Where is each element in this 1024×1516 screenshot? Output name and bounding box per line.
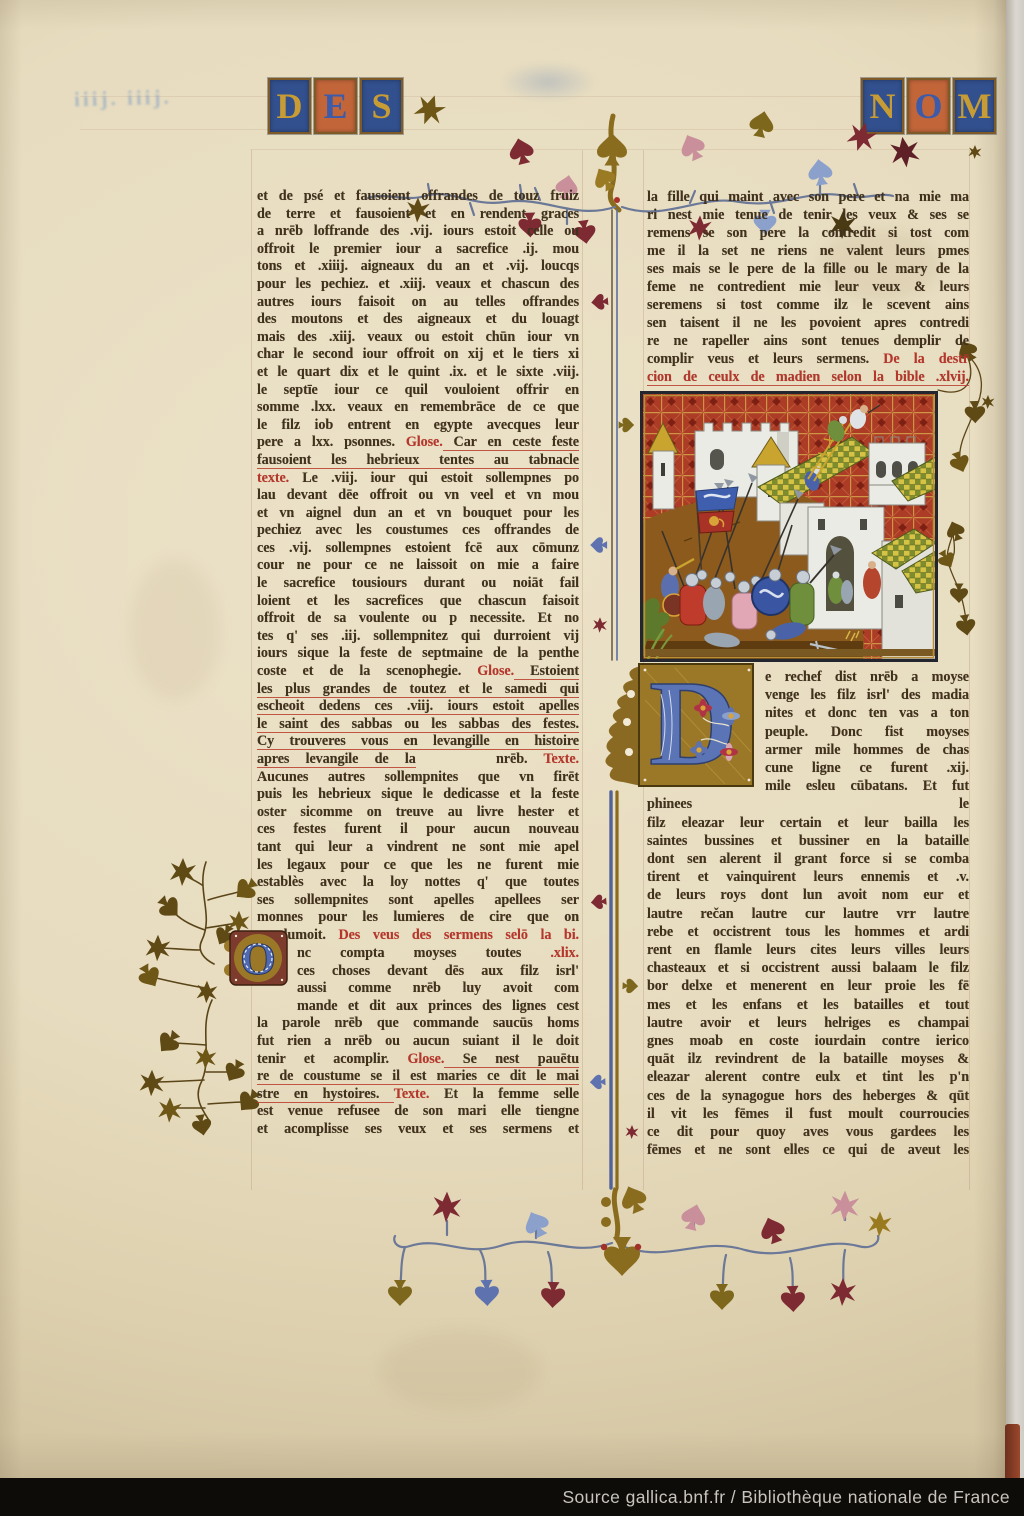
ruling-line (80, 129, 970, 130)
manuscript-text-line: feme ne contredient mie leur veux & leur… (647, 278, 969, 296)
text-column-1-upper: et de psé et fausoient offrandes de touz… (257, 188, 579, 945)
manuscript-text-line: escheoit dedens ces .viij. iours estoit … (257, 698, 579, 716)
header-letter: E (314, 78, 357, 134)
manuscript-text-line: le saint des sabbas ou les sabbas des fe… (257, 716, 579, 734)
manuscript-text-line: tes q' ses .iij. sollempnitez qui durroi… (257, 628, 579, 646)
manuscript-text-line: tenir et acomplir. Glose. Se nest pauētu (257, 1051, 579, 1069)
manuscript-text-line: le septīe iour ce quil vouloient offrir … (257, 382, 579, 400)
manuscript-text-line: filz eleazar leur certain et leur bailla… (647, 814, 969, 832)
left-margin-leaves (134, 858, 264, 1137)
manuscript-text-line: re de coustume se il est maries ce dit l… (257, 1068, 579, 1086)
manuscript-text-line: offroit de sa voulente ou p necessite. E… (257, 610, 579, 628)
manuscript-text-line: aussi comme nrēb luy avoit com (257, 980, 579, 998)
ruling-line (251, 150, 252, 1190)
manuscript-text-line: eleazar alerent contre eulx et tint les … (647, 1068, 969, 1086)
manuscript-text-line: ce dit pour quoy aves vous gardees les (647, 1123, 969, 1141)
manuscript-text-line: cour ne pour ce ne laissoit on mie a fai… (257, 557, 579, 575)
manuscript-text-line: rebe et occistrent tous les hommes et ar… (647, 923, 969, 941)
manuscript-text-line: et acomplisse ses veux et ses sermens et (257, 1121, 579, 1139)
manuscript-text-line: y alumoit. Des veus des sermens selō la … (257, 927, 579, 945)
manuscript-text-line: oster sicomme on treuve au livre hester … (257, 804, 579, 822)
manuscript-text-line: tant qui leur a vindrent ne sont mie ape… (257, 839, 579, 857)
manuscript-text-line: complir veus et leurs sermens. De la des… (647, 350, 969, 368)
manuscript-text-line: ces choses devant dēs aux filz isrl' (257, 963, 579, 981)
illuminated-initial-large: D (605, 660, 757, 794)
manuscript-text-line: ses mais se le pere de la fille ou le ma… (647, 260, 969, 278)
manuscript-text-line: remens se son pere la contredit si tost … (647, 224, 969, 242)
text-column-1-lower: nc compta moyses toutes .xlix.ces choses… (257, 945, 579, 1139)
manuscript-text-line: char le second iour offroit on xij et le… (257, 346, 579, 364)
manuscript-text-line: tirent et vainquirent leurs ennemis et .… (647, 868, 969, 886)
manuscript-text-line: les plus grandes de toutez et le samedi … (257, 681, 579, 699)
manuscript-text-line: ces festes furent il pour aucun nouveau (257, 821, 579, 839)
miniature-battle-before-city (640, 391, 938, 662)
initial-letter: D (649, 660, 737, 791)
text-column-2-upper: la fille qui maint avec son pere et na m… (647, 188, 969, 386)
binding-edge (1005, 1424, 1020, 1480)
manuscript-text-line: cion de ceulx de madien selon la bible .… (647, 368, 969, 386)
header-letter: D (268, 78, 311, 134)
manuscript-text-line: seremens si tost comme ilz le scevent ai… (647, 296, 969, 314)
manuscript-text-line: lau devant dēe offroit ou vn veel et vn … (257, 487, 579, 505)
header-letter: M (953, 78, 996, 134)
manuscript-text-line: le filz iob entrent en egypte avecques l… (257, 417, 579, 435)
manuscript-text-line: il vit les fēmes il fust moult courrouci… (647, 1105, 969, 1123)
manuscript-text-line: coste et de la scenophegie. Glose. Estoi… (257, 663, 579, 681)
manuscript-text-line: texte. Le .viij. iour qui estoit sollemp… (257, 470, 579, 488)
gutter-stem (589, 116, 638, 1188)
right-margin-ivy (938, 354, 981, 624)
left-margin-ivy (152, 862, 246, 1122)
bottom-ivy-spray (394, 1208, 878, 1294)
manuscript-text-line: sen taisent il ne les povoient apres con… (647, 314, 969, 332)
manuscript-text-line: et de psé et fausoient offrandes de touz… (257, 188, 579, 206)
manuscript-text-line: ri nest mie tenue de tenir les veux & se… (647, 206, 969, 224)
manuscript-text-line: establès avec la loy nottes q' que toute… (257, 874, 579, 892)
manuscript-text-line: bor delxe et menerent en leur proie les … (647, 977, 969, 995)
header-letter: O (907, 78, 950, 134)
bottom-ivy-leaves (388, 1182, 892, 1313)
manuscript-text-line: mande et dit aux princes des lignes cest (257, 998, 579, 1016)
ink-bleedthrough (500, 62, 596, 102)
source-attribution-text: Source gallica.bnf.fr / Bibliothèque nat… (562, 1487, 1010, 1507)
manuscript-text-line: chasteaux et si occistrent aussi balaam … (647, 959, 969, 977)
page-edge (1006, 0, 1024, 1478)
ruling-line (969, 150, 970, 1190)
manuscript-text-line: pere a lxx. psonnes. Glose. Car en ceste… (257, 434, 579, 452)
manuscript-text-line: quāt ilz revindrent de la bataille moyse… (647, 1050, 969, 1068)
manuscript-text-line: autres iours faisoit on au telles offran… (257, 294, 579, 312)
manuscript-text-line: Aucunes autres sollempnites que vn firēt (257, 769, 579, 787)
manuscript-text-line: ses sollempnites sont apelles apellees s… (257, 892, 579, 910)
manuscript-text-line: pechiez avec les coustumes ces offrandes… (257, 522, 579, 540)
manuscript-text-line: et le quart dix et le quint .ix. et le s… (257, 364, 579, 382)
manuscript-text-line: tons et .xiiij. aigneaux du an et .vij. … (257, 258, 579, 276)
manuscript-text-line: mais des .xiij. veaux ou estoit chūn iou… (257, 329, 579, 347)
manuscript-text-line: pour les pechiez. et .xiij. veaux et cha… (257, 276, 579, 294)
manuscript-text-line: apres levangile de la nrēb. Texte. (257, 751, 579, 769)
folio-number-faint: iiij. iiij. (74, 85, 172, 113)
manuscript-text-line: loient et les sacrefices que chascun fai… (257, 593, 579, 611)
manuscript-text-line: re ne rapeller ains sont tenues demplir … (647, 332, 969, 350)
manuscript-text-line: puis les hebrieux sique le dedicasse et … (257, 786, 579, 804)
manuscript-text-line: est venue refusee de son mari elle tieng… (257, 1103, 579, 1121)
manuscript-text-line: des moutons et des aigneaux et du louagt (257, 311, 579, 329)
manuscript-text-line: saintes bussines et bussiner en la batai… (647, 832, 969, 850)
manuscript-text-line: stre en hystoires. Texte. Et la femme se… (257, 1086, 579, 1104)
manuscript-text-line: lautre avoir et leurs helriges es champa… (647, 1014, 969, 1032)
manuscript-text-line: ces .vij. sollempnes estoient fcē aux cō… (257, 540, 579, 558)
parchment-stain (130, 560, 220, 700)
manuscript-text-line: la fille qui maint avec son pere et na m… (647, 188, 969, 206)
manuscript-text-line: iours sique la feste de septmaine de la … (257, 645, 579, 663)
manuscript-text-line: mes et les enfans et les batailles et to… (647, 996, 969, 1014)
manuscript-text-line: fut rien a nrēb ou aucun suiant il le do… (257, 1033, 579, 1051)
header-letter: N (861, 78, 904, 134)
manuscript-text-line: fēmes et ne sont elles ce qui de aveut l… (647, 1141, 969, 1159)
manuscript-text-line: a nrēb loffrande des .vij. iours estoit … (257, 223, 579, 241)
manuscript-text-line: de leurs roys dont lun avoit nom eur et (647, 886, 969, 904)
manuscript-text-line: les legaux pour ce que les ne furent mie (257, 857, 579, 875)
manuscript-text-line: gnes moab en coste iourdain contre ieric… (647, 1032, 969, 1050)
manuscript-text-line: le sacrefice tousiours durant ou noiāt f… (257, 575, 579, 593)
manuscript-text-line: Cy trouveres vous en levangille en histo… (257, 733, 579, 751)
manuscript-text-line: de terre et fausoient et en rendent grac… (257, 206, 579, 224)
manuscript-text-line: fausoient les hebrieux tentes au tabnacl… (257, 452, 579, 470)
ruling-line (250, 149, 970, 150)
manuscript-text-line: dont sen alerent il grant force si se co… (647, 850, 969, 868)
manuscript-page: iiij. iiij. D E S N O M (0, 0, 1008, 1478)
manuscript-text-line: et vn aignel dun an et vn bouquet pour l… (257, 505, 579, 523)
running-header-left: D E S (268, 78, 403, 134)
running-header-right: N O M (861, 78, 996, 134)
manuscript-text-line: offroit le premier iour a sacrefice .ij.… (257, 241, 579, 259)
gold-cusp-fringe (605, 666, 641, 786)
manuscript-text-line: somme .lxx. veaux en remembrāce de ce qu… (257, 399, 579, 417)
manuscript-text-line: ces de la synagogue hors des heberges & … (647, 1087, 969, 1105)
manuscript-text-line: rent en flamle leurs cites leurs villes … (647, 941, 969, 959)
source-attribution-bar: Source gallica.bnf.fr / Bibliothèque nat… (0, 1478, 1024, 1516)
manuscript-text-line: monnes pour les lumieres de cire que on (257, 909, 579, 927)
ruling-line (582, 150, 583, 1190)
illuminated-initial-small: O (222, 928, 290, 988)
manuscript-text-line: lautre rečan lautre cur lautre vrr lautr… (647, 905, 969, 923)
parchment-stain (380, 1330, 540, 1410)
manuscript-text-line: nc compta moyses toutes .xlix. (257, 945, 579, 963)
manuscript-text-line: la parole nrēb que commande saucūs homs (257, 1015, 579, 1033)
initial-letter: O (240, 933, 276, 984)
manuscript-text-line: me il la set ne riens ne valent leurs pm… (647, 242, 969, 260)
header-letter: S (360, 78, 403, 134)
